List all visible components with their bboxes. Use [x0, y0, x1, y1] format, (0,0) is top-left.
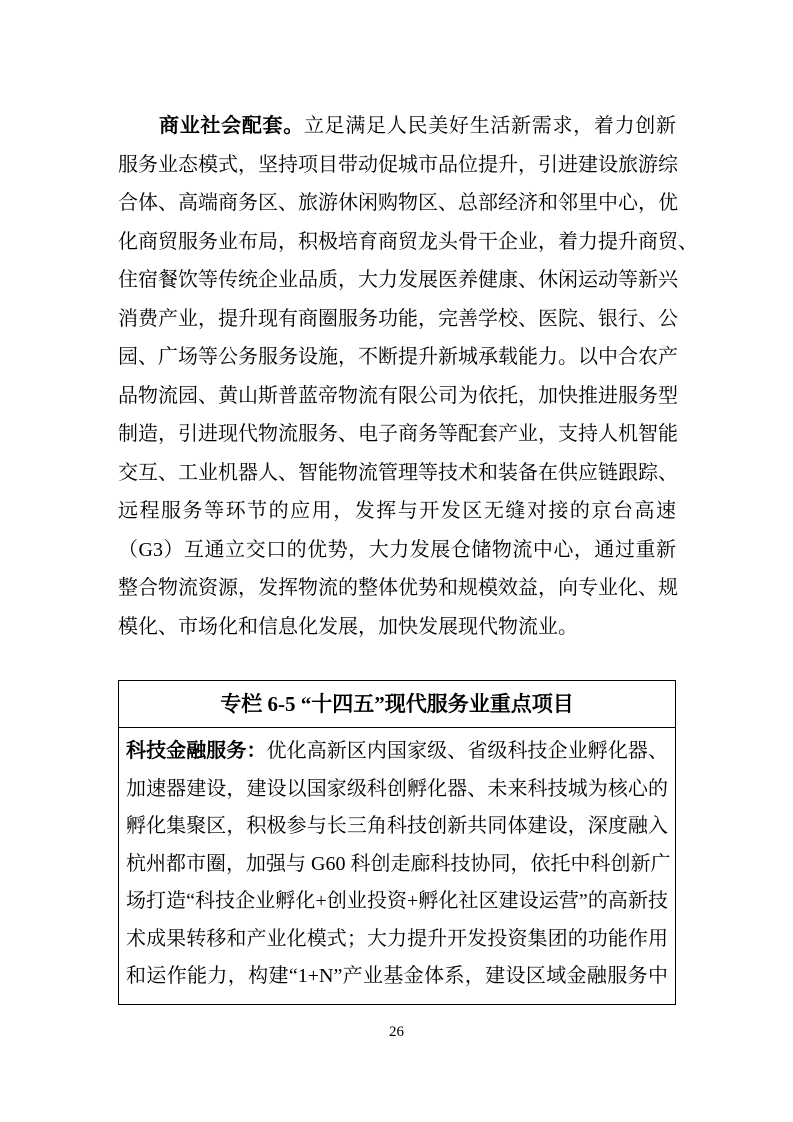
highlight-box-body: 科技金融服务：优化高新区内国家级、省级科技企业孵化器、 加速器建设，建设以国家级… [119, 728, 675, 1004]
box-first-line-text: 优化高新区内国家级、省级科技企业孵化器、 [267, 740, 668, 762]
box-line: 术成果转移和产业化模式；大力提升开发投资集团的功能作用 [126, 921, 668, 959]
paragraph-line: 品物流园、黄山斯普蓝帝物流有限公司为依托，加快推进服务型 [118, 377, 676, 416]
paragraph-line: 合体、高端商务区、旅游休闲购物区、总部经济和邻里中心，优 [118, 184, 676, 223]
paragraph-line: 整合物流资源，发挥物流的整体优势和规模效益，向专业化、规 [118, 569, 676, 608]
highlight-box: 专栏 6-5 “十四五”现代服务业重点项目 科技金融服务：优化高新区内国家级、省… [118, 680, 676, 1005]
paragraph-line: 消费产业，提升现有商圈服务功能，完善学校、医院、银行、公 [118, 300, 676, 339]
box-line: 科技金融服务：优化高新区内国家级、省级科技企业孵化器、 [126, 733, 668, 771]
paragraph-line: 园、广场等公务服务设施，不断提升新城承载能力。以中合农产 [118, 338, 676, 377]
box-line: 加速器建设，建设以国家级科创孵化器、未来科技城为核心的 [126, 771, 668, 809]
paragraph-line: 远程服务等环节的应用，发挥与开发区无缝对接的京台高速 [118, 492, 676, 531]
paragraph-first-line-text: 立足满足人民美好生活新需求，着力创新 [304, 115, 676, 137]
paragraph-line: 住宿餐饮等传统企业品质，大力发展医养健康、休闲运动等新兴 [118, 261, 676, 300]
paragraph-line: 制造，引进现代物流服务、电子商务等配套产业，支持人机智能 [118, 415, 676, 454]
box-line: 杭州都市圈，加强与 G60 科创走廊科技协同，依托中科创新广 [126, 846, 668, 884]
paragraph-line: 服务业态模式，坚持项目带动促城市品位提升，引进建设旅游综 [118, 146, 676, 185]
paragraph-line: 化商贸服务业布局，积极培育商贸龙头骨干企业，着力提升商贸、 [118, 223, 676, 262]
box-bold-lead: 科技金融服务： [126, 740, 267, 762]
document-page: 商业社会配套。立足满足人民美好生活新需求，着力创新 服务业态模式，坚持项目带动促… [0, 0, 793, 1122]
highlight-box-title: 专栏 6-5 “十四五”现代服务业重点项目 [119, 681, 675, 728]
box-line: 和运作能力，构建“1+N”产业基金体系，建设区域金融服务中 [126, 958, 668, 996]
body-paragraph: 商业社会配套。立足满足人民美好生活新需求，着力创新 服务业态模式，坚持项目带动促… [118, 107, 676, 646]
box-line: 孵化集聚区，积极参与长三角科技创新共同体建设，深度融入 [126, 808, 668, 846]
paragraph-line: 商业社会配套。立足满足人民美好生活新需求，着力创新 [118, 107, 676, 146]
paragraph-bold-lead: 商业社会配套。 [159, 115, 304, 137]
paragraph-line: 交互、工业机器人、智能物流管理等技术和装备在供应链跟踪、 [118, 454, 676, 493]
box-line: 场打造“科技企业孵化+创业投资+孵化社区建设运营”的高新技 [126, 883, 668, 921]
paragraph-line: 模化、市场化和信息化发展，加快发展现代物流业。 [118, 608, 676, 647]
paragraph-line: （G3）互通立交口的优势，大力发展仓储物流中心，通过重新 [118, 531, 676, 570]
page-number: 26 [0, 1024, 793, 1041]
